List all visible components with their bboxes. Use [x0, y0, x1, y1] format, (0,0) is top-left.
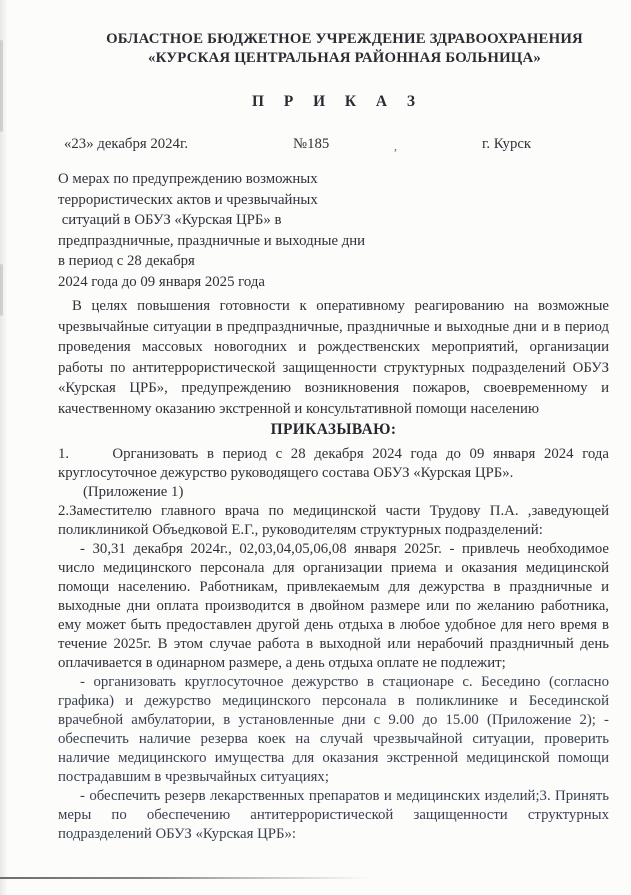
subject-line: 2024 года до 09 января 2025 года [58, 272, 609, 293]
scan-edge-shadow [0, 0, 9, 895]
document-type-title: П Р И К А З [58, 92, 609, 112]
document-page: ОБЛАСТНОЕ БЮДЖЕТНОЕ УЧРЕЖДЕНИЕ ЗДРАВООХР… [0, 0, 631, 895]
scan-bottom-line [0, 877, 380, 879]
document-city: г. Курск [482, 136, 531, 153]
subject-line: ситуаций в ОБУЗ «Курская ЦРБ» в [58, 210, 609, 231]
subject-line: в период с 28 декабря [58, 251, 609, 272]
org-name-line1: ОБЛАСТНОЕ БЮДЖЕТНОЕ УЧРЕЖДЕНИЕ ЗДРАВООХР… [80, 30, 609, 49]
scan-smudge [0, 40, 3, 132]
document-content: ОБЛАСТНОЕ БЮДЖЕТНОЕ УЧРЕЖДЕНИЕ ЗДРАВООХР… [58, 30, 609, 844]
appendix-reference: (Приложение 1) [58, 483, 609, 502]
subject-block: О мерах по предупреждению возможных терр… [58, 169, 609, 292]
preamble-paragraph: В целях повышения готовности к оперативн… [58, 296, 609, 419]
scan-stray-comma: , [394, 139, 397, 154]
order-subitem-medicines: - обеспечить резерв лекарственных препар… [58, 787, 609, 844]
subject-line: предпраздничные, праздничные и выходные … [58, 231, 609, 252]
document-number: №185 [293, 136, 329, 153]
order-items: 1. Организовать в период с 28 декабря 20… [58, 445, 609, 844]
order-subitem-staffing: - 30,31 декабря 2024г., 02,03,04,05,06,0… [58, 540, 609, 673]
order-item-1: 1. Организовать в период с 28 декабря 20… [58, 445, 609, 483]
subject-line: О мерах по предупреждению возможных [58, 169, 609, 190]
org-header: ОБЛАСТНОЕ БЮДЖЕТНОЕ УЧРЕЖДЕНИЕ ЗДРАВООХР… [80, 30, 609, 68]
order-subitem-duty-schedule: - организовать круглосуточное дежурство … [58, 673, 609, 787]
meta-row: «23» декабря 2024г. №185 , г. Курск [58, 136, 609, 155]
scan-smudge [0, 264, 3, 316]
subject-line: террористических актов и чрезвычайных [58, 190, 609, 211]
resolution-word: ПРИКАЗЫВАЮ: [58, 419, 609, 440]
order-item-2: 2.Заместителю главного врача по медицинс… [58, 502, 609, 540]
org-name-line2: «КУРСКАЯ ЦЕНТРАЛЬНАЯ РАЙОННАЯ БОЛЬНИЦА» [80, 49, 609, 68]
document-date: «23» декабря 2024г. [64, 136, 188, 153]
